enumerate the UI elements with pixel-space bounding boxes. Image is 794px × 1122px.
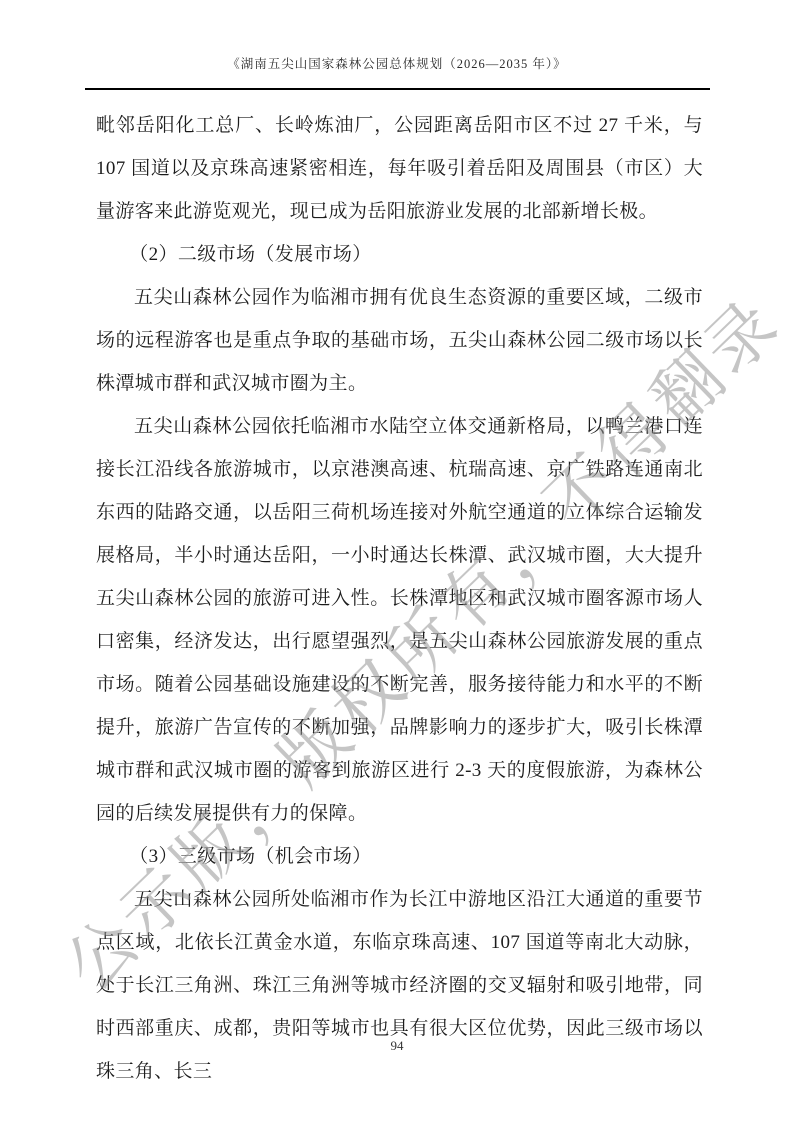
section-heading-tertiary-market: （3）三级市场（机会市场） bbox=[96, 835, 703, 878]
paragraph: 五尖山森林公园依托临湘市水陆空立体交通新格局，以鸭兰港口连接长江沿线各旅游城市，… bbox=[96, 405, 703, 835]
header-title: 《湖南五尖山国家森林公园总体规划（2026—2035 年）》 bbox=[0, 54, 794, 72]
header-divider bbox=[85, 88, 710, 90]
paragraph: 毗邻岳阳化工总厂、长岭炼油厂，公园距离岳阳市区不过 27 千米，与 107 国道… bbox=[96, 104, 703, 233]
page-header: 《湖南五尖山国家森林公园总体规划（2026—2035 年）》 bbox=[0, 0, 794, 90]
section-heading-secondary-market: （2）二级市场（发展市场） bbox=[96, 233, 703, 276]
paragraph: 五尖山森林公园作为临湘市拥有优良生态资源的重要区域，二级市场的远程游客也是重点争… bbox=[96, 276, 703, 405]
document-body: 毗邻岳阳化工总厂、长岭炼油厂，公园距离岳阳市区不过 27 千米，与 107 国道… bbox=[0, 104, 794, 1093]
paragraph: 五尖山森林公园所处临湘市作为长江中游地区沿江大通道的重要节点区域，北依长江黄金水… bbox=[96, 878, 703, 1093]
document-page: 《湖南五尖山国家森林公园总体规划（2026—2035 年）》 毗邻岳阳化工总厂、… bbox=[0, 0, 794, 1122]
